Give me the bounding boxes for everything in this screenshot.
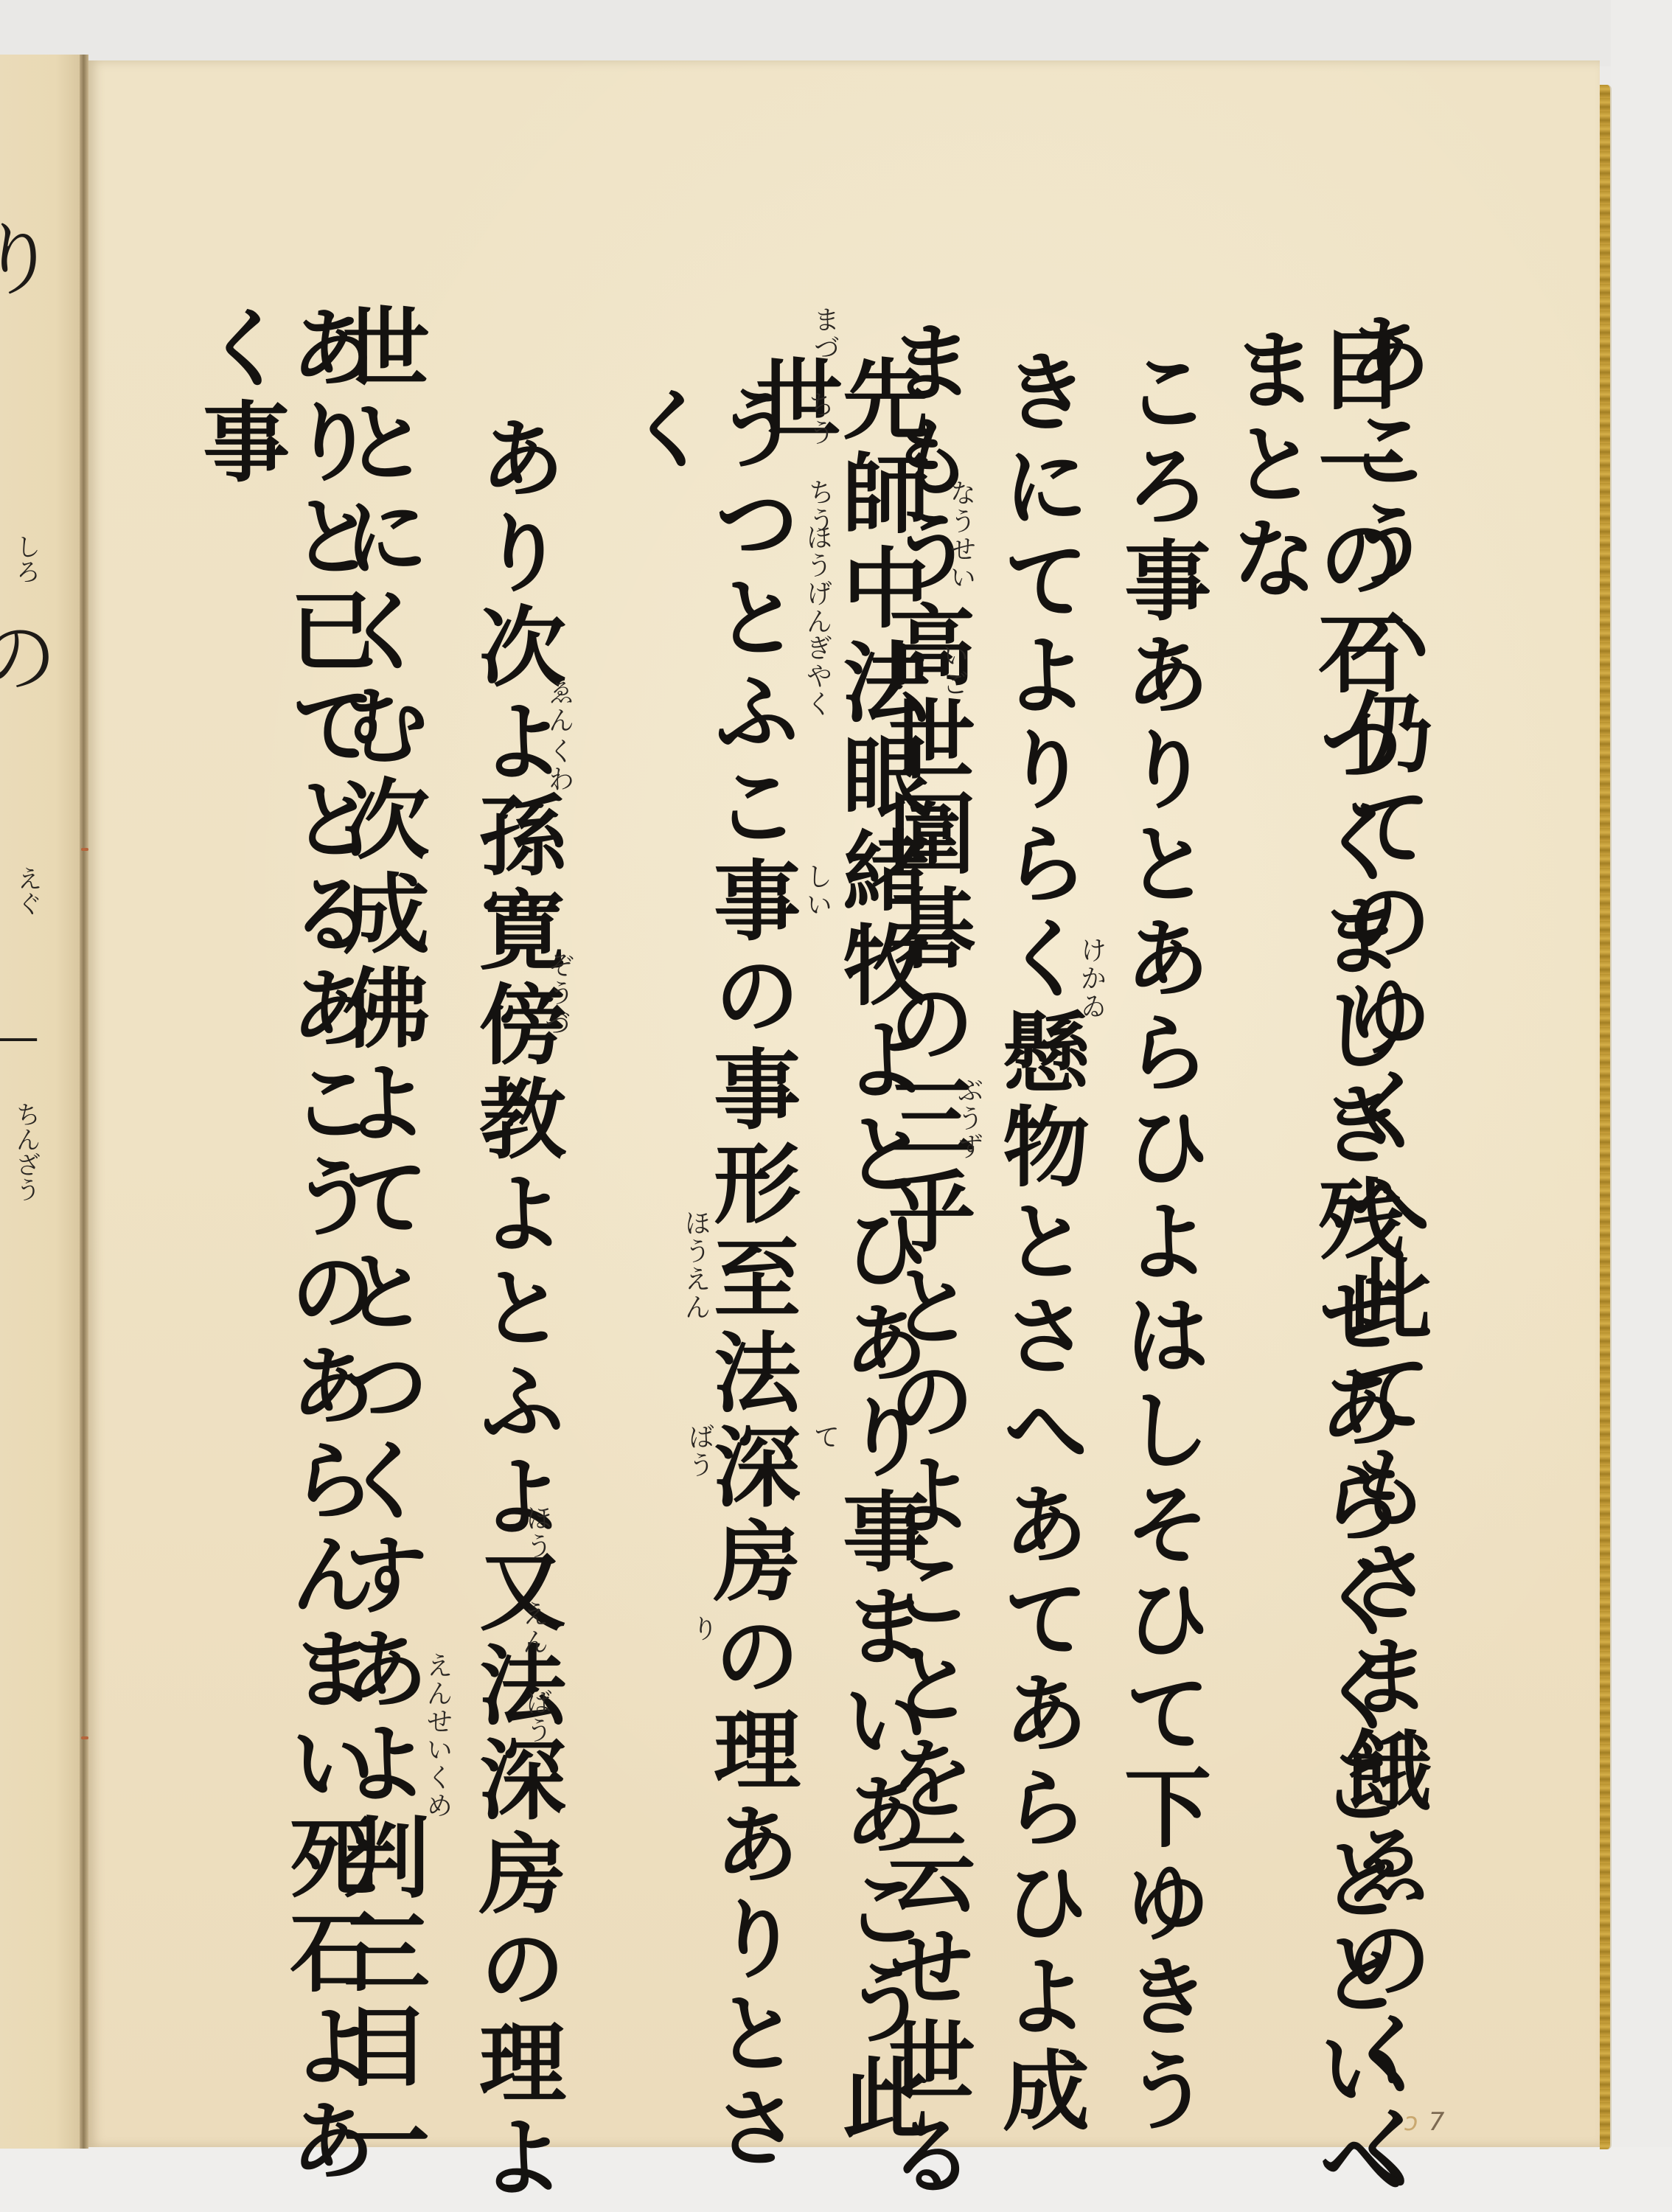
left-page-ruby: ちんざう [13, 1102, 38, 1202]
furigana: ばう [523, 1688, 550, 1745]
furigana: り [689, 1615, 716, 1643]
binding-gutter [80, 55, 88, 2149]
furigana: ほうえん [682, 1209, 708, 1321]
left-page-ruby: しろ [13, 534, 38, 584]
furigana: て [811, 1423, 837, 1451]
left-page-fragment: 」 [0, 1013, 52, 1094]
stitch-mark [81, 848, 88, 851]
furigana: ちう ちう [806, 391, 832, 535]
left-page-fragment: の [0, 615, 52, 696]
furigana: ぎやく [804, 634, 830, 718]
furigana: ほう [523, 1504, 550, 1560]
left-page-fragment: り [0, 217, 52, 298]
text-column-10: ありと已てとるあこうのあらんまい死石よあく事 [195, 302, 369, 2212]
furigana: まづ [811, 306, 837, 362]
furigana: なうせい [947, 479, 974, 591]
furigana: ぶうず [955, 1077, 981, 1161]
furigana: いご [940, 641, 966, 698]
left-page-ruby: えぐ [15, 866, 40, 916]
scan-backdrop-right [1611, 0, 1672, 2212]
furigana: けかゐ [1078, 936, 1104, 1020]
furigana: づ [542, 1010, 568, 1038]
left-page: り しろ の えぐ 」 ちんざう [0, 55, 80, 2149]
furigana: くわ [546, 737, 572, 793]
scan-backdrop-top [0, 0, 1672, 66]
furigana: えんせいくめ [424, 1652, 450, 1820]
pencil-mark: ↄ [1404, 2107, 1418, 2137]
text-column-3: ころ事ありとあらひよはしそひて下ゆきう [1117, 347, 1204, 2140]
stitch-mark [81, 1736, 88, 1739]
furigana: ゑん [546, 678, 572, 734]
furigana: ぞう [546, 951, 572, 1007]
furigana: しい [804, 863, 830, 919]
furigana: えん [520, 1600, 546, 1656]
gilt-page-edge [1600, 85, 1612, 2149]
furigana: ばう [686, 1423, 712, 1479]
pencil-page-number: ↄ7 [1404, 2107, 1444, 2137]
text-column-2: 目一の石つくましき残せあらくくことといへまとな [1224, 324, 1398, 2212]
text-column-4: きにてよりらく懸物とさへあてあらひよ成 [995, 347, 1082, 2140]
furigana: ほうげん [804, 524, 830, 636]
